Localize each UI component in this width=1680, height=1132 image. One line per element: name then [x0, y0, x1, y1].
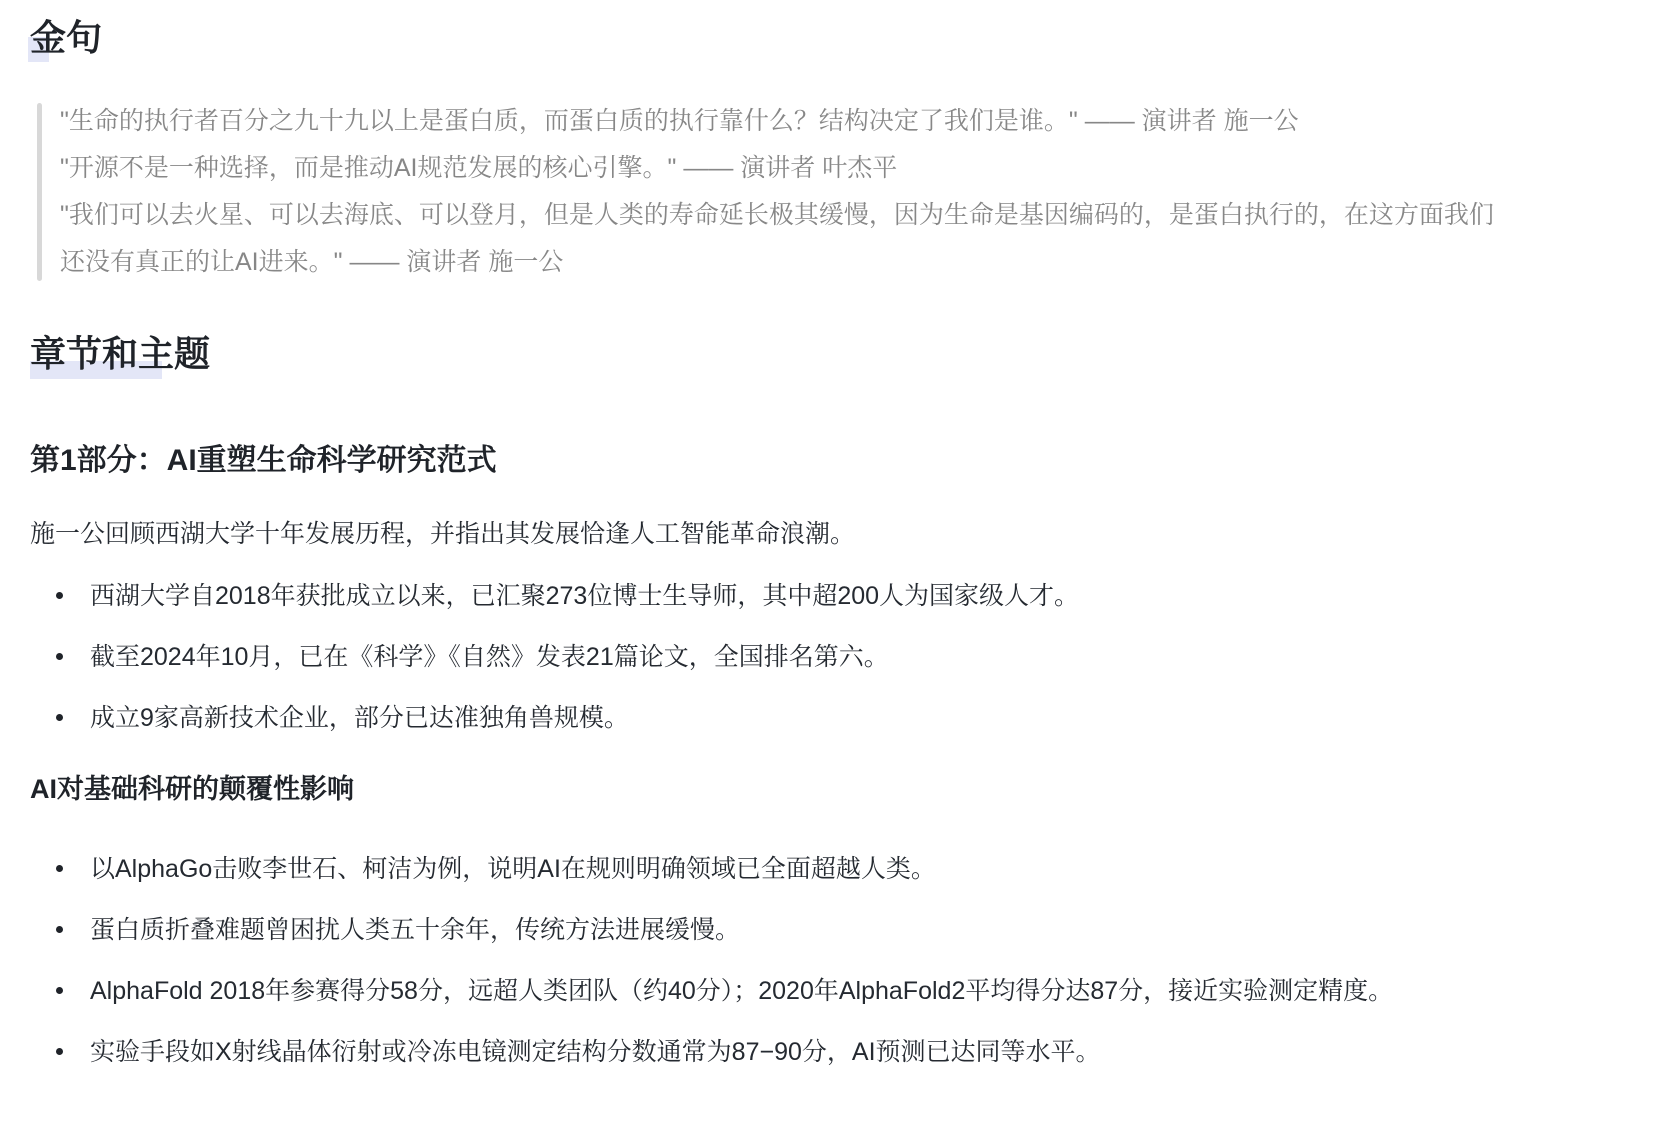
document-page: 金句 "生命的执行者百分之九十九以上是蛋白质，而蛋白质的执行靠什么？结构决定了我… [0, 0, 1680, 1132]
part1-bullet-list: 西湖大学自2018年获批成立以来，已汇聚273位博士生导师，其中超200人为国家… [30, 578, 1495, 736]
list-item: 成立9家高新技术企业，部分已达准独角兽规模。 [30, 700, 1495, 736]
list-item: 以AlphaGo击败李世石、柯洁为例，说明AI在规则明确领域已全面超越人类。 [30, 851, 1495, 887]
quote-line: "我们可以去火星、可以去海底、可以登月，但是人类的寿命延长极其缓慢，因为生命是基… [60, 192, 1495, 286]
ai-impact-heading: AI对基础科研的颠覆性影响 [30, 772, 1495, 807]
golden-quotes-heading: 金句 [30, 16, 102, 59]
section-chapters: 章节和主题 [30, 332, 1495, 375]
chapters-heading: 章节和主题 [30, 332, 210, 375]
part1-intro: 施一公回顾西湖大学十年发展历程，并指出其发展恰逢人工智能革命浪潮。 [30, 516, 1495, 552]
list-item: 实验手段如X射线晶体衍射或冷冻电镜测定结构分数通常为87−90分，AI预测已达同… [30, 1034, 1495, 1070]
list-item: 西湖大学自2018年获批成立以来，已汇聚273位博士生导师，其中超200人为国家… [30, 578, 1495, 614]
list-item: 蛋白质折叠难题曾困扰人类五十余年，传统方法进展缓慢。 [30, 912, 1495, 948]
part1-heading: 第1部分：AI重塑生命科学研究范式 [30, 441, 1495, 480]
golden-quotes-heading-text: 金句 [30, 17, 102, 58]
quote-line: "生命的执行者百分之九十九以上是蛋白质，而蛋白质的执行靠什么？结构决定了我们是谁… [60, 98, 1495, 145]
section-golden-quotes: 金句 [30, 16, 1495, 59]
quote-line: "开源不是一种选择，而是推动AI规范发展的核心引擎。" —— 演讲者 叶杰平 [60, 145, 1495, 192]
quotes-blockquote: "生命的执行者百分之九十九以上是蛋白质，而蛋白质的执行靠什么？结构决定了我们是谁… [37, 98, 1495, 286]
list-item: AlphaFold 2018年参赛得分58分，远超人类团队（约40分）；2020… [30, 973, 1495, 1009]
ai-impact-bullet-list: 以AlphaGo击败李世石、柯洁为例，说明AI在规则明确领域已全面超越人类。 蛋… [30, 851, 1495, 1070]
chapters-heading-text: 章节和主题 [30, 333, 210, 374]
list-item: 截至2024年10月，已在《科学》《自然》发表21篇论文，全国排名第六。 [30, 639, 1495, 675]
